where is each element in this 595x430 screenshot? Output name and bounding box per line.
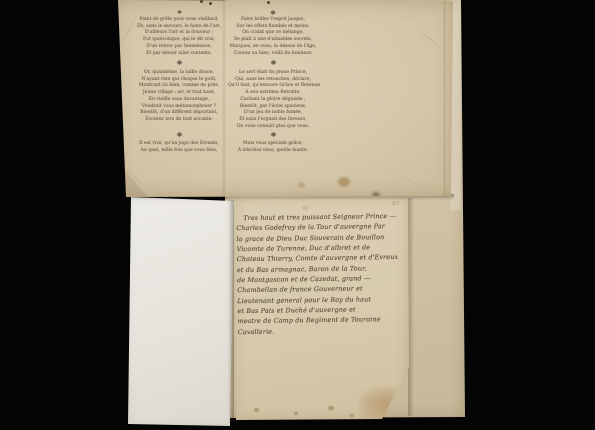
poem-line: À très-bas vous, quelle mante.: [228, 148, 318, 155]
stain-spot: [298, 182, 305, 188]
poem-stanza: Faire briller l'esprit jusque, Sur les e…: [228, 17, 318, 57]
poem-line: On vous connait plus que vous.: [228, 124, 318, 131]
stain-speck: [350, 414, 354, 417]
poem-line: Point de grêle pour vous vieillard,: [134, 17, 224, 24]
poem-stanza: Point de grêle pour vous vieillard, Eh, …: [134, 17, 224, 57]
poem-line: En vieille sans davantage,: [134, 97, 224, 104]
poem-stanza: Mais vous spéciale grâce, À très-bas vou…: [228, 141, 318, 154]
poem-line: Écoutez lors de tout accable.: [134, 117, 224, 124]
poem-line: Au quel, mille fois que vous êtes,: [134, 148, 224, 155]
printed-pamphlet-sheet: Point de grêle pour vous vieillard, Eh, …: [114, 0, 454, 197]
poem-line: Bientôt, d'un diffèrent important,: [134, 110, 224, 117]
poem-stanza: Le sort était du jeune Prince, Qui, sans…: [228, 70, 318, 130]
manuscript-right-shadow: [408, 198, 414, 416]
poem-line: Or, quantième, la taille douce,: [134, 70, 224, 77]
fleuron-ornament-icon: [134, 60, 224, 65]
poem-line: À son extrème Retraite,: [228, 90, 318, 97]
fleuron-ornament-icon: [134, 132, 224, 137]
manuscript-line: Cavallerie.: [238, 325, 406, 338]
edge-nick: [267, 1, 270, 4]
manuscript-page: 93 Tres haut et tres puissant Seigneur P…: [232, 196, 410, 422]
poem-line: D'un jeu de noble fumée,: [228, 110, 318, 117]
poem-column-left: Point de grêle pour vous vieillard, Eh, …: [134, 10, 224, 162]
poem-line: Se plaît à une d'aimables secrets,: [228, 37, 318, 44]
fleuron-ornament-icon: [228, 132, 318, 137]
fleuron-ornament-icon: [228, 10, 318, 15]
blank-white-sheet: [126, 196, 234, 427]
crease-mark: [377, 163, 433, 192]
stain-spot: [338, 177, 350, 187]
poem-line: D'un retour par bienséance,: [134, 44, 224, 51]
stain-speck: [254, 408, 259, 412]
stain-speck: [302, 206, 309, 210]
stain-speck: [294, 412, 298, 415]
poem-line: Le sort était du jeune Prince,: [228, 70, 318, 77]
poem-stanza: Or, quantième, la taille douce, N'ayant …: [134, 70, 224, 124]
manuscript-left-shadow: [228, 200, 234, 422]
poem-line: Jeune village : air, et tout haut,: [134, 90, 224, 97]
poem-line: Il est vrai, qu'un juge des Errants,: [134, 141, 224, 148]
poem-column-right: Faire briller l'esprit jusque, Sur les e…: [228, 10, 318, 162]
poem-line: Cachant la gloire déguisée ;: [228, 97, 318, 104]
stain-speck: [328, 406, 334, 410]
photo-background: 93 Tres haut et tres puissant Seigneur P…: [0, 0, 595, 430]
edge-nick: [209, 2, 212, 5]
fleuron-ornament-icon: [134, 10, 224, 14]
right-fold-crease: [443, 0, 446, 197]
poem-stanza: Il est vrai, qu'un juge des Errants, Au …: [134, 141, 224, 154]
poem-line: Et par devoir aller contents.: [134, 51, 224, 58]
poem-line: Et sans l'orgueil des faveurs,: [228, 117, 318, 124]
page-number: 93: [392, 201, 399, 207]
poem-line: Mais vous spéciale grâce,: [228, 141, 318, 148]
poem-line: Marquez, en vous, la déesse de l'âge,: [228, 44, 318, 51]
edge-nick: [200, 0, 203, 3]
poem-line: Faire briller l'esprit jusque,: [228, 17, 318, 24]
manuscript-text: Tres haut et tres puissant Seigneur Prin…: [236, 211, 406, 337]
poem-line: Fut quelconque, qui le dit vrai,: [134, 37, 224, 44]
fleuron-ornament-icon: [228, 60, 318, 65]
poem-line: Courez au bien, voilà du bonheur.: [228, 51, 318, 58]
